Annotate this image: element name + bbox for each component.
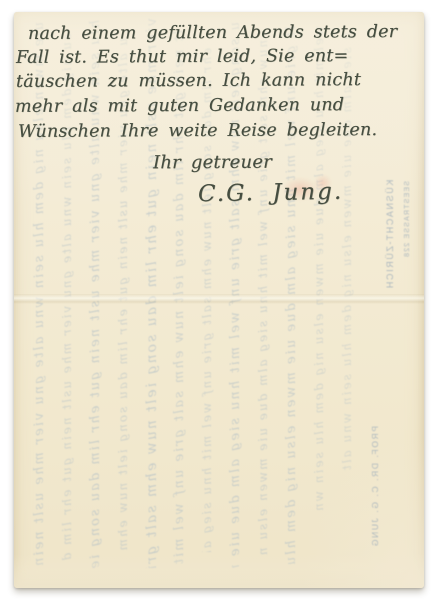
scanned-letter-image: uie mwen elsu nig dem hlu sein wnu alte … — [0, 0, 436, 599]
signature: C.G. Jung. — [198, 179, 344, 208]
handwriting-line-2: Fall ist. Es thut mir leid, Sie ent= — [16, 46, 349, 68]
handwriting-line-5: Wünschen Ihre weite Reise begleiten. — [18, 120, 377, 142]
handwriting-layer: nach einem gefüllten Abends stets der Fa… — [14, 12, 424, 588]
handwriting-line-3: täuschen zu müssen. Ich kann nicht — [16, 70, 361, 92]
handwriting-line-4: mehr als mit guten Gedanken und — [15, 95, 344, 117]
handwriting-line-1: nach einem gefüllten Abends stets der — [28, 22, 397, 44]
letter-paper: uie mwen elsu nig dem hlu sein wnu alte … — [14, 12, 424, 588]
closing-line: Ihr getreuer — [153, 152, 272, 174]
